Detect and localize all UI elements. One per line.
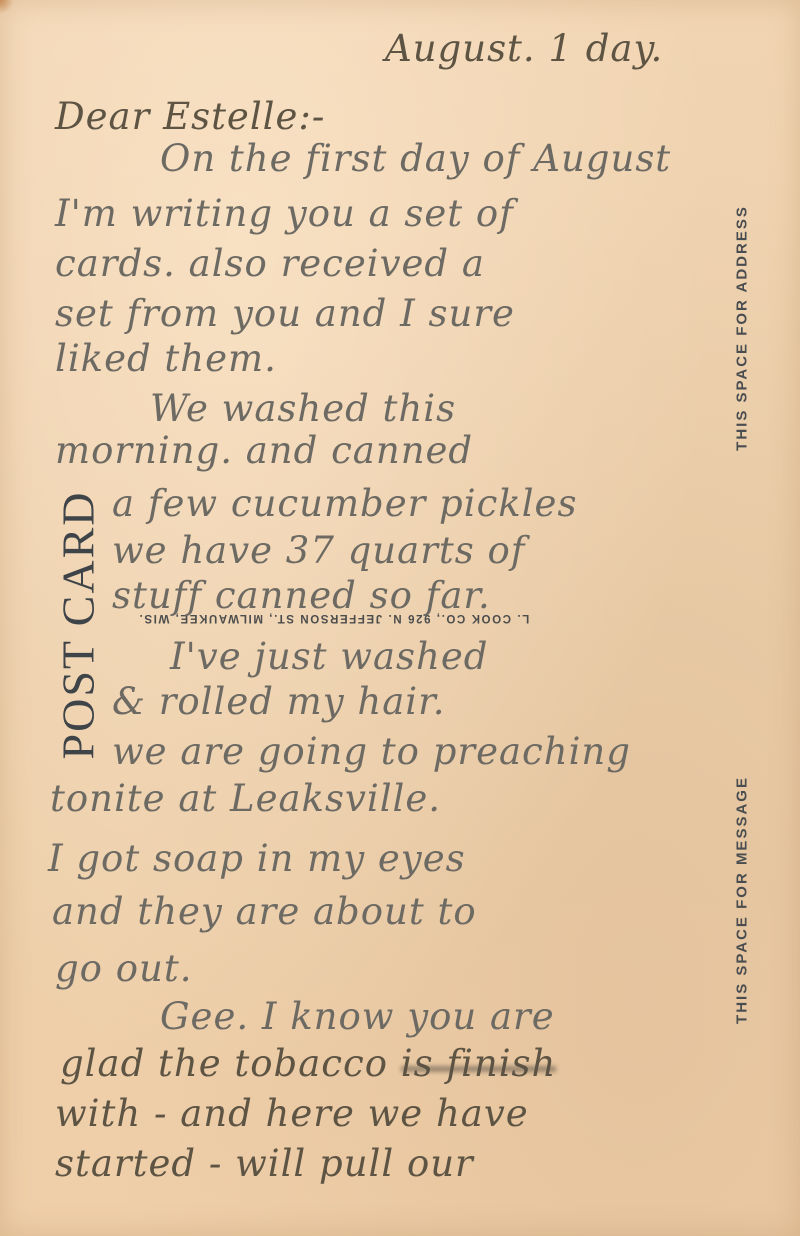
handwritten-line: set from you and I sure xyxy=(55,295,515,332)
address-space-label: THIS SPACE FOR ADDRESS xyxy=(734,205,751,451)
handwritten-line: I got soap in my eyes xyxy=(48,840,466,877)
handwritten-line-part: glad the tobacco xyxy=(60,1042,388,1085)
handwritten-line: stuff canned so far. xyxy=(112,577,491,614)
handwritten-line: We washed this xyxy=(150,390,456,427)
handwritten-line: I've just washed xyxy=(170,638,488,675)
handwritten-line: a few cucumber pickles xyxy=(112,485,577,522)
post-card-title: POST CARD xyxy=(52,491,105,760)
handwritten-line: I'm writing you a set of xyxy=(55,195,514,232)
handwritten-line: and they are about to xyxy=(52,893,477,930)
handwritten-line: glad the tobacco is finish xyxy=(60,1045,556,1082)
struck-through-text: is finish xyxy=(401,1042,557,1085)
handwritten-salutation: Dear Estelle:- xyxy=(55,98,325,135)
handwritten-line: we have 37 quarts of xyxy=(112,532,525,569)
postcard-back: POST CARD THIS SPACE FOR ADDRESS THIS SP… xyxy=(0,0,800,1236)
handwritten-line: cards. also received a xyxy=(55,245,485,282)
handwritten-line: tonite at Leaksville. xyxy=(50,780,441,817)
handwritten-line: we are going to preaching xyxy=(112,733,631,770)
message-space-label: THIS SPACE FOR MESSAGE xyxy=(734,776,751,1024)
handwritten-line: started - will pull our xyxy=(55,1145,474,1182)
handwritten-line: with - and here we have xyxy=(55,1095,529,1132)
handwritten-line: & rolled my hair. xyxy=(112,683,446,720)
handwritten-line: go out. xyxy=(55,950,192,987)
corner-stain xyxy=(0,0,14,14)
handwritten-date: August. 1 day. xyxy=(385,30,663,67)
handwritten-line: liked them. xyxy=(55,340,277,377)
handwritten-line: morning. and canned xyxy=(55,432,473,469)
handwritten-line: Gee. I know you are xyxy=(160,998,555,1035)
handwritten-line: On the first day of August xyxy=(160,140,671,177)
